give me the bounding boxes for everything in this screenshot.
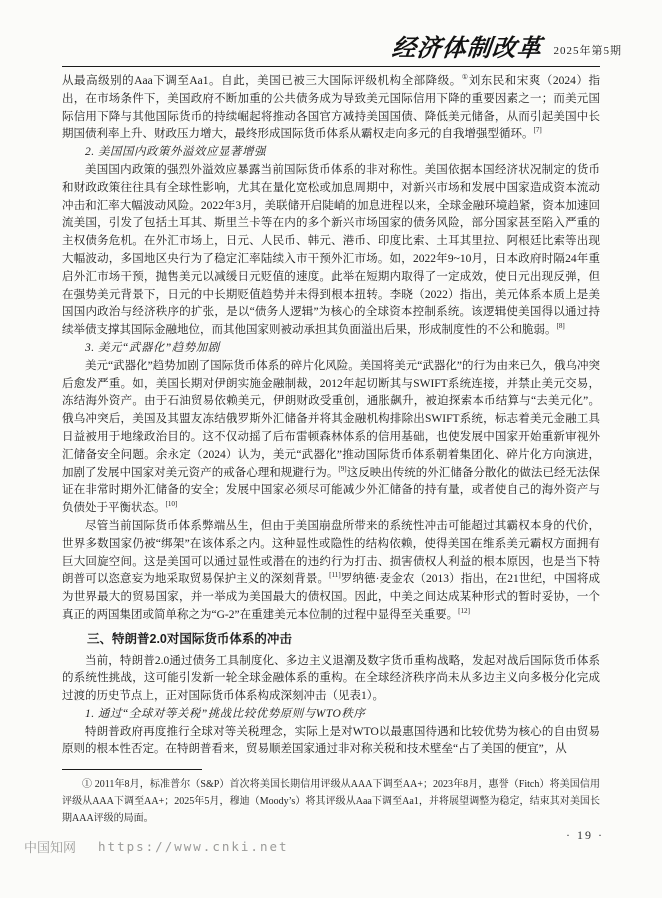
paragraph-dollar-weaponization: 美元“武器化”趋势加剧了国际货币体系的碎片化风险。美国将美元“武器化”的行为由来… [62,358,600,518]
document-page: 经济体制改革 2025年第5期 从最高级别的Aaa下调至Aa1。自此，美国已被三… [0,0,662,898]
paragraph-rating-downgrade: 从最高级别的Aaa下调至Aa1。自此，美国已被三大国际评级机构全部降级。①刘东民… [62,73,600,144]
watermark-url: https://www.cnki.net [98,839,289,854]
watermark-site-name: 中国知网 [24,837,76,856]
section-heading-trump-2-0: 三、特朗普2.0对国际货币体系的冲击 [62,631,600,649]
footnote-text: 2011年8月，标准普尔（S&P）首次将美国长期信用评级从AAA下调至AA+；2… [62,779,600,824]
paragraph-trump-overview: 当前，特朗普2.0通过债务工具制度化、多边主义退潮及数字货币重构战略，发起对战后… [62,653,600,706]
page-header: 经济体制改革 2025年第5期 [392,36,623,60]
footnote-marker: ① [82,779,92,790]
paragraph-policy-spillover: 美国国内政策的强烈外溢效应暴露当前国际货币体系的非对称性。美国依据本国经济状况制… [62,162,600,340]
watermark: 中国知网 https://www.cnki.net [24,837,289,856]
article-body: 从最高级别的Aaa下调至Aa1。自此，美国已被三大国际评级机构全部降级。①刘东民… [62,73,600,759]
subsection-heading-dollar-weaponization: 3. 美元“武器化”趋势加剧 [62,340,600,358]
paragraph-system-dependence: 尽管当前国际货币体系弊端丛生，但由于美国崩盘所带来的系统性冲击可能超过其霸权本身… [62,518,600,625]
header-divider [62,66,600,67]
journal-logo: 经济体制改革 [390,36,543,60]
subsection-heading-policy-spillover: 2. 美国国内政策外溢效应显著增强 [62,144,600,162]
subsection-heading-reciprocal-tariff: 1. 通过“全球对等关税”挑战比较优势原则与WTO秩序 [62,706,600,724]
paragraph-reciprocal-tariff: 特朗普政府再度推行全球对等关税理念，实际上是对WTO以最惠国待遇和比较优势为核心… [62,724,600,760]
footnote-area: ① 2011年8月，标准普尔（S&P）首次将美国长期信用评级从AAA下调至AA+… [62,769,600,827]
page-number: · 19 · [566,828,604,843]
issue-label: 2025年第5期 [554,42,623,60]
footnote-divider [62,769,202,770]
footnote-1: ① 2011年8月，标准普尔（S&P）首次将美国长期信用评级从AAA下调至AA+… [62,776,600,827]
